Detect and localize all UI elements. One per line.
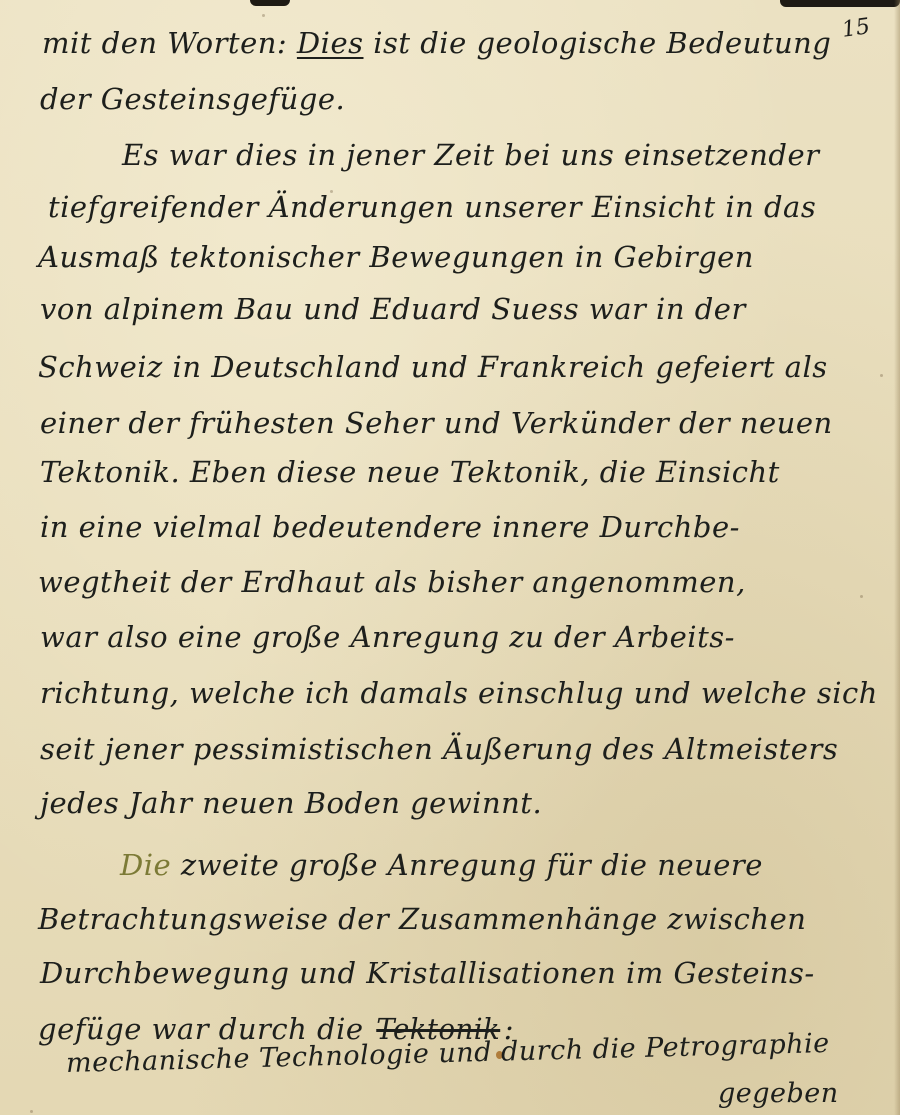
manuscript-line: Ausmaß tektonischer Bewegungen in Gebirg… <box>38 240 754 274</box>
manuscript-line: tiefgreifender Änderungen unserer Einsic… <box>48 190 816 224</box>
line-text: ist die geologische Bedeutung <box>364 26 832 60</box>
manuscript-line: von alpinem Bau und Eduard Suess war in … <box>40 292 746 326</box>
manuscript-line: mit den Worten: Dies ist die geologische… <box>42 26 831 60</box>
manuscript-line: jedes Jahr neuen Boden gewinnt. <box>40 786 542 820</box>
line-text: zweite große Anregung für die neuere <box>171 848 763 882</box>
paper-speck <box>880 374 883 377</box>
manuscript-line: richtung, welche ich damals einschlug un… <box>40 676 878 710</box>
manuscript-line: seit jener pessimistischen Äußerung des … <box>40 732 838 766</box>
page-edge-shadow <box>894 0 900 1115</box>
manuscript-line: Durchbewegung und Kristallisationen im G… <box>40 956 815 990</box>
manuscript-line: einer der frühesten Seher und Verkünder … <box>40 406 833 440</box>
manuscript-line: Die zweite große Anregung für die neuere <box>120 848 763 882</box>
paper-speck <box>30 1110 33 1113</box>
paper-speck <box>860 595 863 598</box>
manuscript-line: Schweiz in Deutschland und Frankreich ge… <box>38 350 828 384</box>
manuscript-line: in eine vielmal bedeutendere innere Durc… <box>40 510 740 544</box>
manuscript-line: Tektonik. Eben diese neue Tektonik, die … <box>40 455 780 489</box>
manuscript-line: der Gesteinsgefüge. <box>40 82 345 116</box>
paper-speck <box>262 14 265 17</box>
torn-top-edge <box>0 0 900 8</box>
edge-shadow <box>250 0 290 6</box>
edge-shadow <box>780 0 900 7</box>
manuscript-line: wegtheit der Erdhaut als bisher angenomm… <box>38 565 746 599</box>
paragraph-initial-word: Die <box>120 848 171 882</box>
manuscript-page: 15 mit den Worten: Dies ist die geologis… <box>0 0 900 1115</box>
manuscript-line: Es war dies in jener Zeit bei uns einset… <box>122 138 819 172</box>
line-text: mit den Worten: <box>42 26 297 60</box>
underlined-word: Dies <box>297 26 364 60</box>
page-number: 15 <box>840 14 871 43</box>
manuscript-line: Betrachtungsweise der Zusammenhänge zwis… <box>38 902 806 936</box>
manuscript-line: war also eine große Anregung zu der Arbe… <box>40 620 735 654</box>
manuscript-line: gegeben <box>718 1078 839 1109</box>
